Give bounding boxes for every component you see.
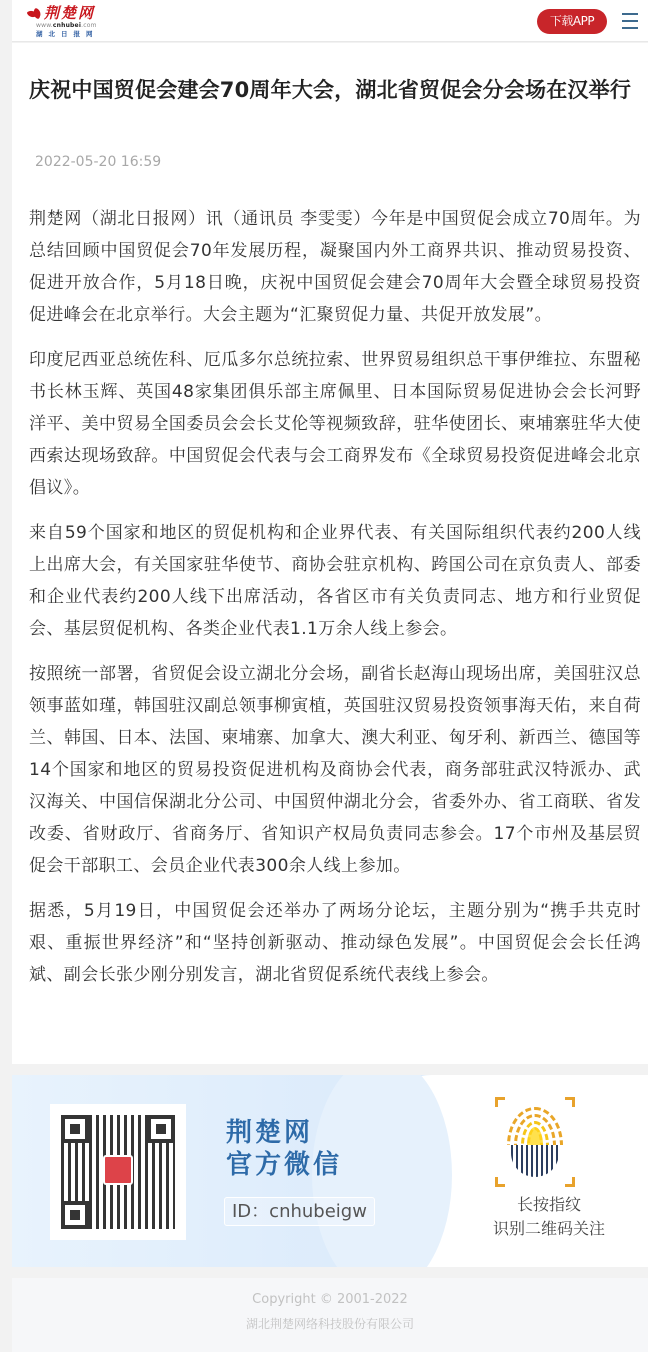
article-title: 庆祝中国贸促会建会70周年大会，湖北省贸促会分会场在汉举行 — [29, 73, 639, 108]
top-header: 荆楚网 www.cnhubei.com 湖北日报网 下载APP — [12, 0, 648, 42]
wechat-title: 荆楚网 官方微信 — [226, 1117, 342, 1181]
logo-mark-icon — [28, 8, 42, 20]
wechat-id: ID：cnhubeigw — [224, 1197, 375, 1226]
article-container: 庆祝中国贸促会建会70周年大会，湖北省贸促会分会场在汉举行 2022-05-20… — [12, 43, 648, 1064]
article-body: 荆楚网（湖北日报网）讯（通讯员 李雯雯）今年是中国贸促会成立70周年。为总结回顾… — [29, 203, 641, 1004]
page-footer: Copyright © 2001-2022 湖北荆楚网络科技股份有限公司 — [12, 1278, 648, 1352]
article-paragraph: 印度尼西亚总统佐科、厄瓜多尔总统拉索、世界贸易组织总干事伊维拉、东盟秘书长林玉辉… — [29, 344, 641, 504]
hamburger-menu-icon[interactable] — [622, 13, 638, 29]
wechat-follow-banner: 荆楚网 官方微信 ID：cnhubeigw 长按指纹 识别二维码关注 — [12, 1075, 648, 1267]
article-paragraph: 来自59个国家和地区的贸促机构和企业界代表、有关国际组织代表约200人线上出席大… — [29, 517, 641, 645]
qr-center-logo-icon — [103, 1155, 133, 1185]
article-paragraph: 荆楚网（湖北日报网）讯（通讯员 李雯雯）今年是中国贸促会成立70周年。为总结回顾… — [29, 203, 641, 331]
logo-url: www.cnhubei.com — [28, 22, 104, 30]
article-paragraph: 据悉，5月19日，中国贸促会还举办了两场分论坛，主题分别为“携手共克时艰、重振世… — [29, 895, 641, 991]
article-date: 2022-05-20 16:59 — [35, 153, 161, 171]
fingerprint-hint: 长按指纹 识别二维码关注 — [474, 1193, 624, 1241]
footer-copyright: Copyright © 2001-2022 — [12, 1291, 648, 1309]
footer-company: 湖北荆楚网络科技股份有限公司 — [12, 1315, 648, 1333]
article-paragraph: 按照统一部署，省贸促会设立湖北分会场，副省长赵海山现场出席，美国驻汉总领事蓝如瑾… — [29, 658, 641, 882]
logo-subtitle: 湖北日报网 — [28, 30, 104, 39]
fingerprint-icon — [495, 1097, 575, 1187]
site-logo[interactable]: 荆楚网 www.cnhubei.com 湖北日报网 — [28, 5, 104, 39]
logo-name: 荆楚网 — [44, 5, 95, 22]
qr-code-icon[interactable] — [50, 1104, 186, 1240]
download-app-button[interactable]: 下载APP — [537, 9, 607, 34]
